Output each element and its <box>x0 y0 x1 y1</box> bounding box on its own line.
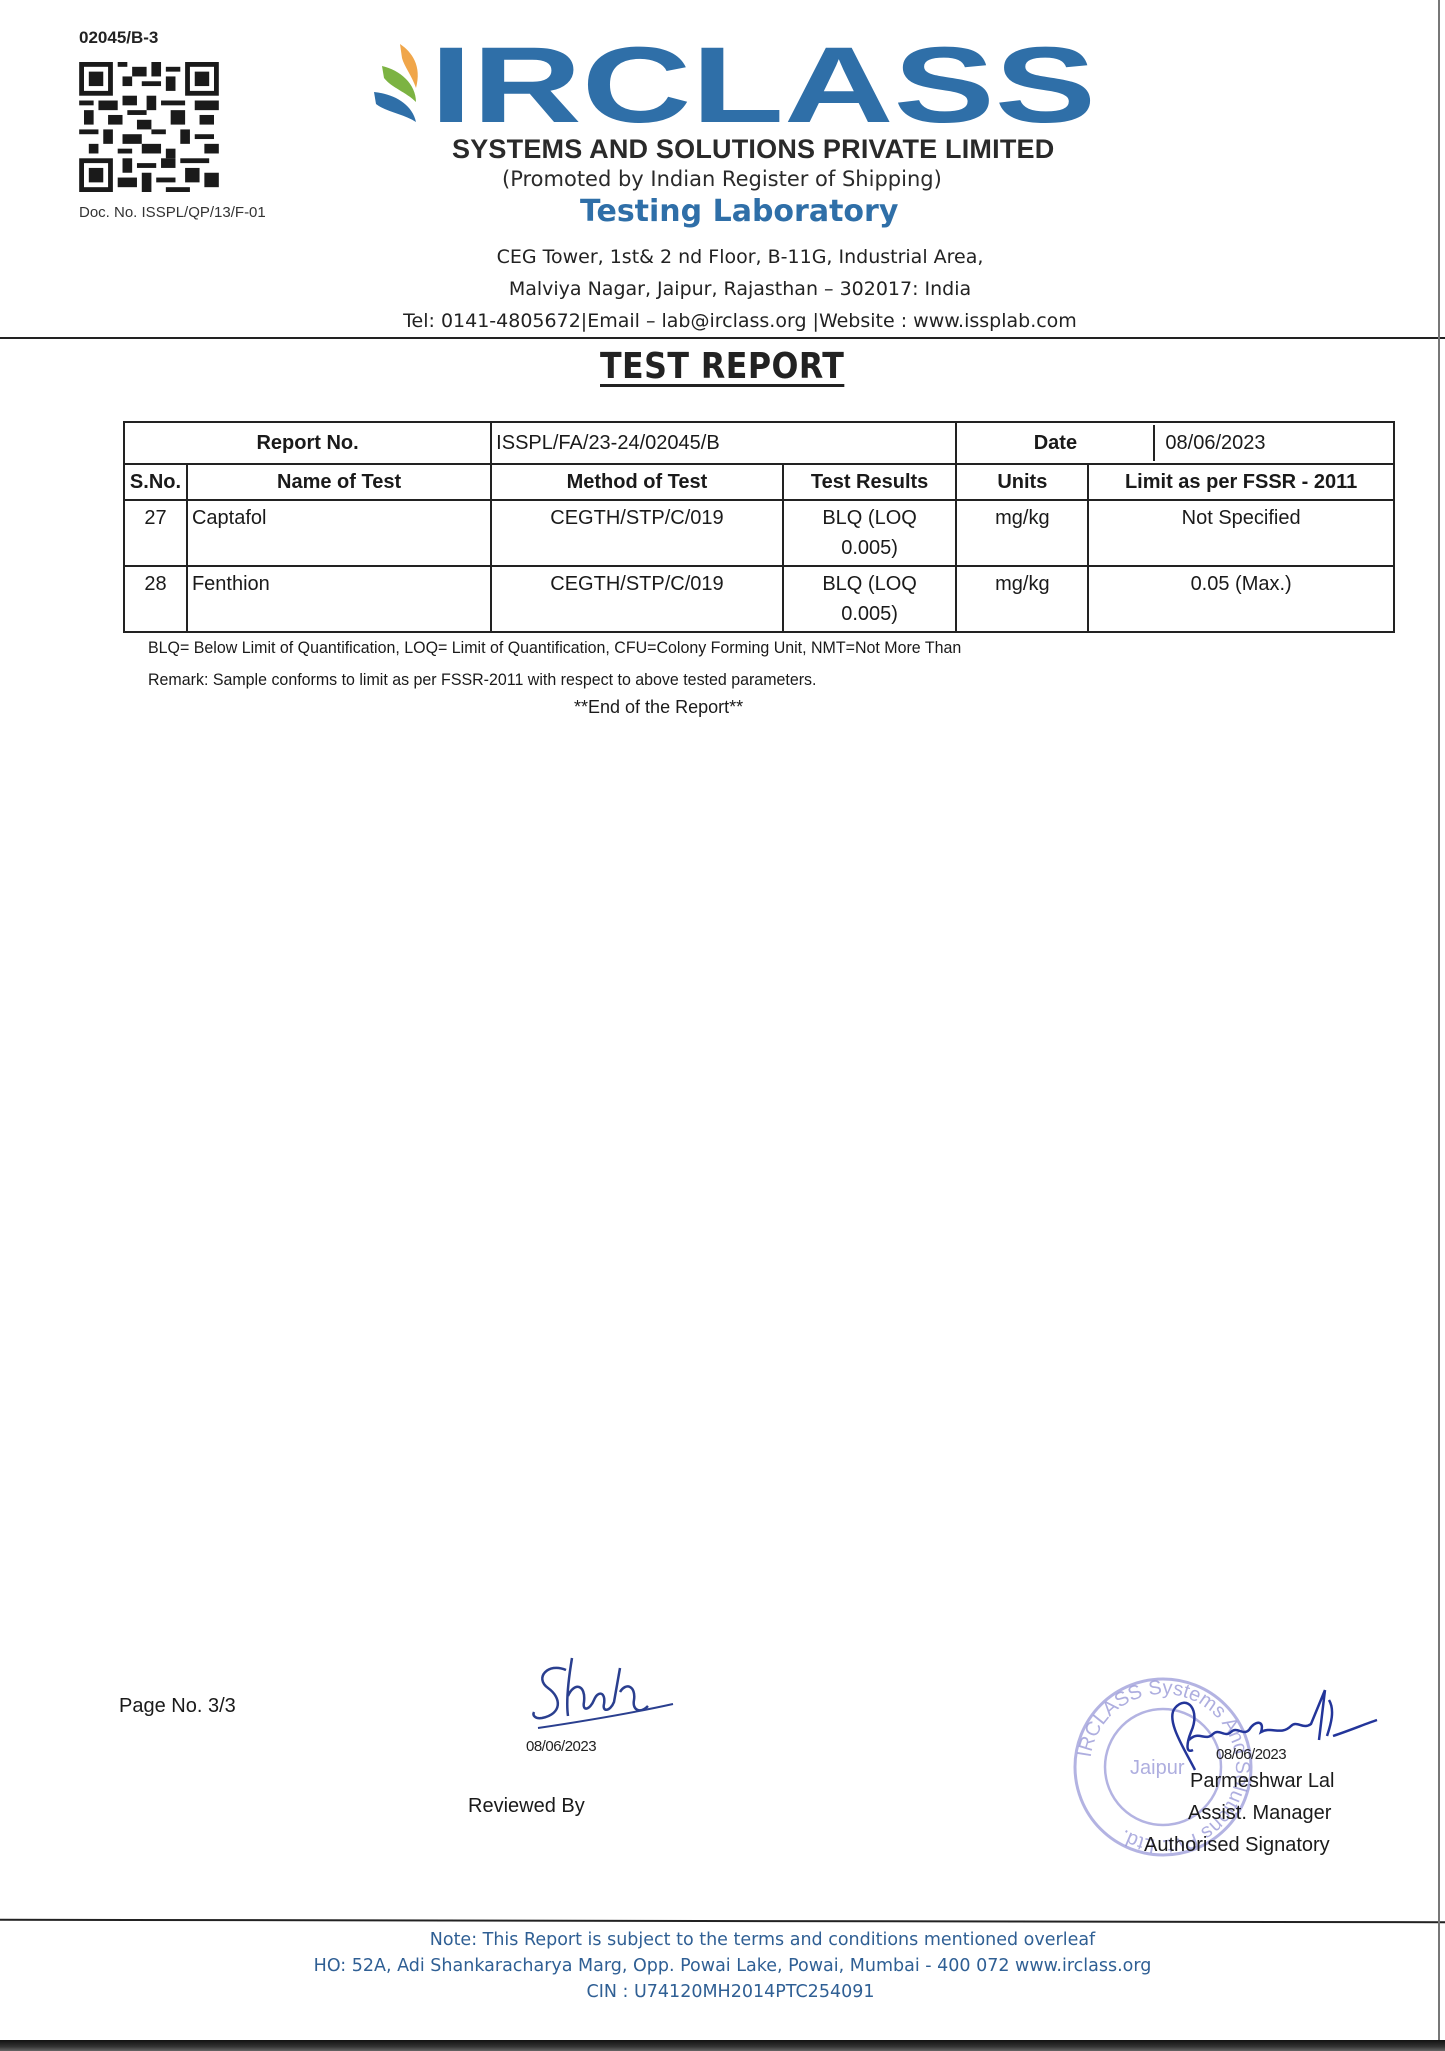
cell-limit: Not Specified <box>1088 500 1394 566</box>
cell-limit: 0.05 (Max.) <box>1088 566 1394 632</box>
address-line-2: Malviya Nagar, Jaipur, Rajasthan – 30201… <box>300 278 1180 300</box>
reviewer-signature-icon <box>528 1652 678 1732</box>
col-units: Units <box>956 464 1088 500</box>
lab-name: Testing Laboratory <box>580 194 898 229</box>
date-label: Date <box>957 432 1153 455</box>
table-row: 28 Fenthion CEGTH/STP/C/019 BLQ (LOQ0.00… <box>124 566 1394 632</box>
result-line-2: 0.005) <box>788 599 952 629</box>
result-line-1: BLQ (LOQ <box>788 503 952 533</box>
cell-test-name: Fenthion <box>187 566 491 632</box>
signatory-name: Parmeshwar Lal <box>1190 1770 1335 1793</box>
date-value: 08/06/2023 <box>1153 425 1393 461</box>
signatory-date: 08/06/2023 <box>1216 1746 1286 1763</box>
scan-edge-right <box>1438 0 1440 2040</box>
test-results-table: Report No. ISSPL/FA/23-24/02045/B Date 0… <box>123 421 1395 633</box>
cell-method: CEGTH/STP/C/019 <box>491 500 783 566</box>
cell-units: mg/kg <box>956 500 1088 566</box>
col-limit: Limit as per FSSR - 2011 <box>1088 464 1394 500</box>
report-no-label: Report No. <box>124 422 491 464</box>
cell-sno: 27 <box>124 500 187 566</box>
contact-line: Tel: 0141-4805672|Email – lab@irclass.or… <box>280 310 1200 332</box>
result-line-1: BLQ (LOQ <box>788 569 952 599</box>
col-results: Test Results <box>783 464 957 500</box>
report-no-value: ISSPL/FA/23-24/02045/B <box>491 422 956 464</box>
table-row: 27 Captafol CEGTH/STP/C/019 BLQ (LOQ0.00… <box>124 500 1394 566</box>
end-of-report: **End of the Report** <box>574 697 743 718</box>
cell-result: BLQ (LOQ0.005) <box>783 566 957 632</box>
signatory-role: Authorised Signatory <box>1144 1834 1330 1857</box>
footer-cin: CIN : U74120MH2014PTC254091 <box>8 1982 1445 2002</box>
header-divider <box>0 337 1445 339</box>
abbreviation-legend: BLQ= Below Limit of Quantification, LOQ=… <box>148 638 961 658</box>
document-number: Doc. No. ISSPL/QP/13/F-01 <box>79 204 266 221</box>
col-sno: S.No. <box>124 464 187 500</box>
footer-head-office: HO: 52A, Adi Shankaracharya Marg, Opp. P… <box>10 1956 1445 1976</box>
result-line-2: 0.005) <box>788 533 952 563</box>
address-line-1: CEG Tower, 1st& 2 nd Floor, B-11G, Indus… <box>300 246 1180 268</box>
document-code: 02045/B-3 <box>79 28 158 48</box>
qr-code-icon <box>79 62 219 192</box>
svg-text:IRCLASS: IRCLASS <box>430 38 1096 128</box>
cell-result: BLQ (LOQ0.005) <box>783 500 957 566</box>
cell-sno: 28 <box>124 566 187 632</box>
page-title: TEST REPORT <box>600 346 844 387</box>
signatory-designation: Assist. Manager <box>1188 1802 1331 1825</box>
scan-edge-bottom <box>0 2040 1445 2051</box>
cell-method: CEGTH/STP/C/019 <box>491 566 783 632</box>
report-meta-row: Report No. ISSPL/FA/23-24/02045/B Date 0… <box>124 422 1394 464</box>
footer-note: Note: This Report is subject to the term… <box>40 1930 1445 1950</box>
footer-divider <box>0 1919 1445 1924</box>
table-header-row: S.No. Name of Test Method of Test Test R… <box>124 464 1394 500</box>
irclass-logo: IRCLASS <box>372 38 1102 128</box>
col-name: Name of Test <box>187 464 491 500</box>
company-name: SYSTEMS AND SOLUTIONS PRIVATE LIMITED <box>452 134 1054 165</box>
page-number: Page No. 3/3 <box>119 1695 236 1718</box>
date-cell: Date 08/06/2023 <box>956 422 1394 464</box>
reviewer-date: 08/06/2023 <box>526 1738 596 1755</box>
reviewed-by-label: Reviewed By <box>468 1795 585 1818</box>
cell-test-name: Captafol <box>187 500 491 566</box>
cell-units: mg/kg <box>956 566 1088 632</box>
col-method: Method of Test <box>491 464 783 500</box>
promoted-by: (Promoted by Indian Register of Shipping… <box>502 167 942 191</box>
remark: Remark: Sample conforms to limit as per … <box>148 670 816 690</box>
flame-leaves-icon <box>374 44 418 122</box>
